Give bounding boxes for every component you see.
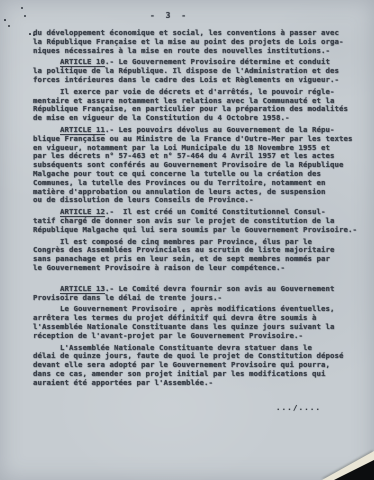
ink-speck xyxy=(33,34,35,36)
body-line: forces intérieures dans le cadre des Loi… xyxy=(33,76,357,85)
body-line: République Malgache qui lui sera soumis … xyxy=(33,226,357,235)
ink-speck xyxy=(4,19,6,21)
page-number: - 3 - xyxy=(150,11,189,20)
paragraph: Le Gouvernement Provisoire , après modif… xyxy=(33,305,357,340)
article-heading: ARTICLE 11 xyxy=(60,125,105,134)
paragraph: L'Assemblée Nationale Constituante devra… xyxy=(33,344,357,388)
document-body: du développement économique et social, l… xyxy=(33,29,357,387)
ink-speck xyxy=(24,15,26,17)
body-line: ou de dissolution de leurs Conseils de P… xyxy=(33,196,357,205)
continuation-mark: .../.... xyxy=(276,403,321,412)
ink-speck xyxy=(21,7,23,9)
paragraph: ARTICLE 12.- Il est créé un Comité Const… xyxy=(33,208,357,234)
paragraph: ARTICLE 13.- Le Comité devra fournir son… xyxy=(33,285,357,303)
body-line: réception de l'avant-projet par le Gouve… xyxy=(33,332,357,341)
scanned-document-page: - 3 - du développement économique et soc… xyxy=(0,0,374,480)
ink-speck xyxy=(29,33,31,35)
paragraph: du développement économique et social, l… xyxy=(33,29,357,55)
body-line: de mise en vigueur de la Constitution du… xyxy=(33,114,357,123)
paragraph: ARTICLE 11.- Les pouvoirs dévolus au Gou… xyxy=(33,126,357,205)
scanner-background-corner xyxy=(334,460,374,480)
ink-speck xyxy=(8,25,10,27)
body-line: niques nécessaires à la mise en route de… xyxy=(33,47,357,56)
paragraph: ARTICLE 10.- Le Gouvernement Provisoire … xyxy=(33,58,357,84)
body-line: le Gouvernement Provisoire à raison de l… xyxy=(33,264,357,273)
paragraph: Il exerce par voie de décrets et d'arrêt… xyxy=(33,88,357,123)
body-line: auraient été apportées par l'Assemblée.- xyxy=(33,379,357,388)
article-heading: ARTICLE 13 xyxy=(60,284,105,293)
body-line: Provisoire dans le délai de trente jours… xyxy=(33,294,357,303)
article-heading: ARTICLE 12 xyxy=(60,207,105,216)
paragraph: Il est composé de cinq membres par Provi… xyxy=(33,238,357,273)
